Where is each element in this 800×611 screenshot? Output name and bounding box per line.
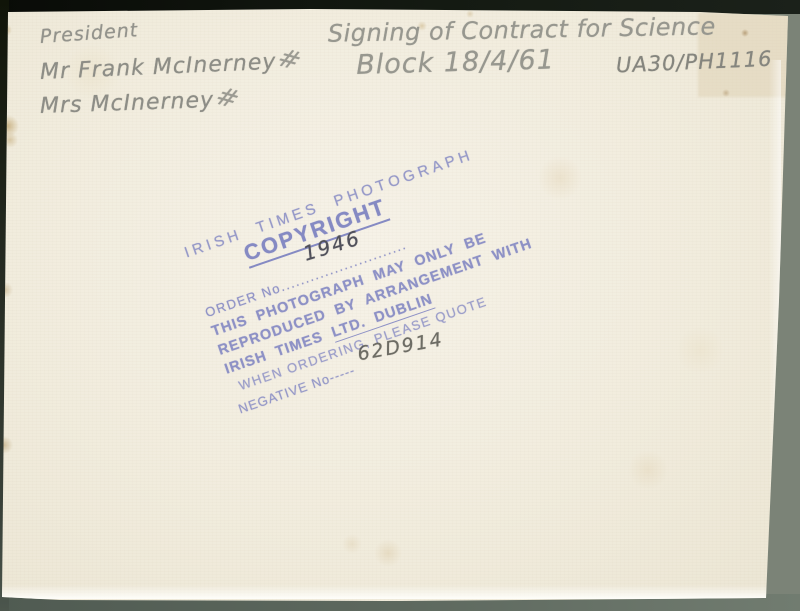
pencil-line-mrs-mcinerney: Mrs McInerney# xyxy=(39,81,302,119)
pencil-note-names: President Mr Frank McInerney# Mrs McIner… xyxy=(40,26,302,119)
scanned-photo-verso: President Mr Frank McInerney# Mrs McIner… xyxy=(0,0,800,611)
pencil-scribble: # xyxy=(211,82,245,115)
paper-edge-highlight-bottom xyxy=(0,585,772,599)
negative-dashed-leader: ----- xyxy=(327,362,357,385)
paper-edge-highlight-right xyxy=(769,60,781,600)
pencil-line-frank-mcinerney: Mr Frank McInerney# xyxy=(39,45,302,85)
photo-paper-back: President Mr Frank McInerney# Mrs McIner… xyxy=(0,0,800,611)
